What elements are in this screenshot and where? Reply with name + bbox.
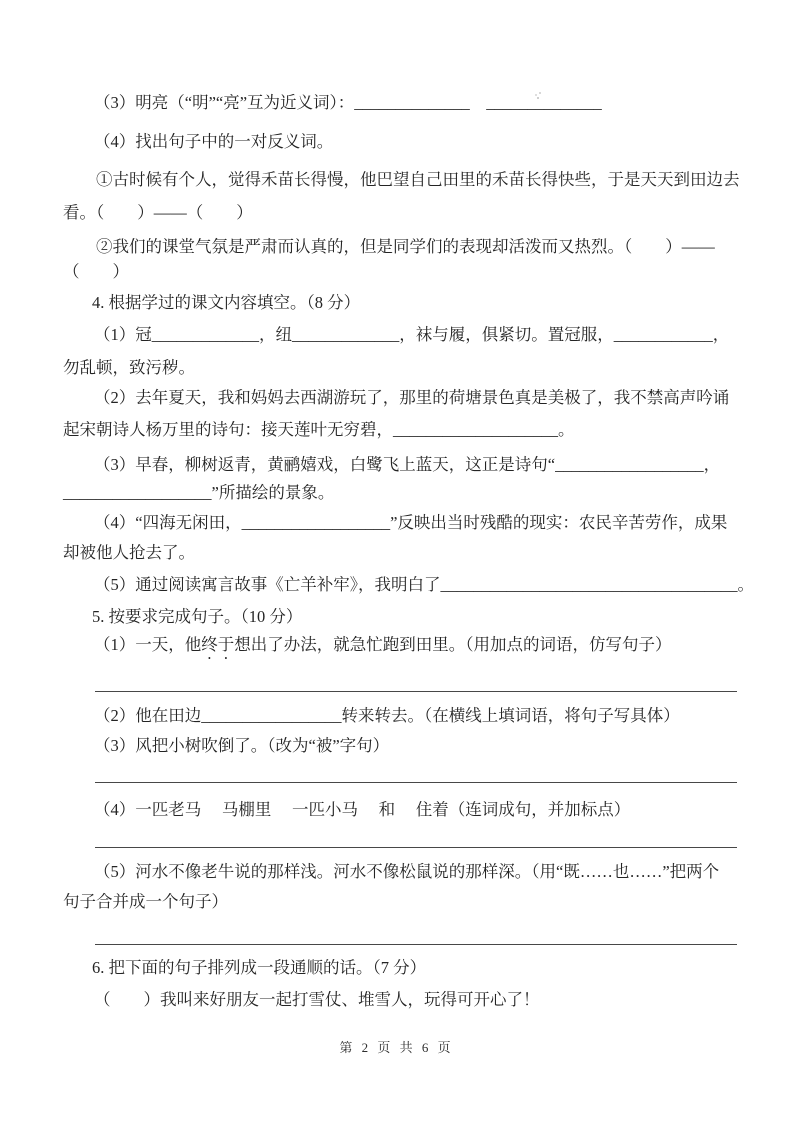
line-s4-item4-cont: 却被他人抢去了。 xyxy=(63,541,195,565)
s5-item1-emphasized-word: 终于 xyxy=(201,635,234,654)
s5-item1-post: 想出了办法，就急忙跑到田里。（用加点的词语，仿写句子） xyxy=(234,635,671,654)
line-q4-antonym-prompt: （4）找出句子中的一对反义词。 xyxy=(94,130,333,154)
line-q3-synonym-blanks: （3）明亮（“明”“亮”互为近义词）：______________ ______… xyxy=(94,91,602,115)
answer-line-1 xyxy=(95,691,737,692)
answer-line-4 xyxy=(95,944,737,945)
line-s4-item3-cont: __________________”所描绘的景象。 xyxy=(63,481,334,505)
line-antonym-sentence-2-cont: （ ） xyxy=(63,260,129,284)
line-s4-item5: （5）通过阅读寓言故事《亡羊补牢》，我明白了__________________… xyxy=(94,573,754,597)
line-antonym-sentence-1-cont: 看。（ ）——（ ） xyxy=(63,201,253,225)
line-s5-item5-cont: 句子合并成一个句子） xyxy=(63,890,228,914)
section-6-heading: 6. 把下面的句子排列成一段通顺的话。（7 分） xyxy=(92,956,426,980)
line-s4-item1-cont: 勿乱顿，致污秽。 xyxy=(63,356,195,380)
answer-line-3 xyxy=(95,847,737,848)
line-s5-item3: （3）风把小树吹倒了。（改为“被”字句） xyxy=(94,734,389,758)
line-antonym-sentence-1: ①古时候有个人，觉得禾苗长得慢，他巴望自己田里的禾苗长得快些，于是天天到田边去 xyxy=(96,168,740,192)
section-4-heading: 4. 根据学过的课文内容填空。（8 分） xyxy=(92,291,360,315)
line-s5-item5: （5）河水不像老牛说的那样浅。河水不像松鼠说的那样深。（用“既……也……”把两个 xyxy=(94,860,719,884)
section-5-heading: 5. 按要求完成句子。（10 分） xyxy=(92,605,302,629)
page-number-footer: 第 2 页 共 6 页 xyxy=(0,1037,793,1056)
line-antonym-sentence-2: ②我们的课堂气氛是严肃而认真的，但是同学们的表现却活泼而又热烈。（ ）—— xyxy=(96,235,715,259)
line-s4-item2-cont: 起宋朝诗人杨万里的诗句：接天莲叶无穷碧，____________________… xyxy=(63,418,575,442)
line-s5-item4: （4）一匹老马 马棚里 一匹小马 和 住着（连词成句，并加标点） xyxy=(94,798,630,822)
line-s4-item4: （4）“四海无闲田，__________________”反映出当时残酷的现实：… xyxy=(94,511,727,535)
line-s4-item1: （1）冠_____________，纽_____________，袜与履，俱紧切… xyxy=(94,323,729,347)
line-s6-item1: （ ）我叫来好朋友一起打雪仗、堆雪人，玩得可开心了！ xyxy=(94,988,540,1012)
line-s5-item1: （1）一天，他终于想出了办法，就急忙跑到田里。（用加点的词语，仿写句子） xyxy=(94,633,672,663)
answer-line-2 xyxy=(95,782,737,783)
line-s5-item2: （2）他在田边_________________转来转去。（在横线上填词语，将句… xyxy=(94,704,680,728)
s5-item1-pre: （1）一天，他 xyxy=(94,635,201,654)
line-s4-item3: （3）早春，柳树返青，黄鹂嬉戏，白鹭飞上蓝天，这正是诗句“___________… xyxy=(94,453,720,477)
line-s4-item2: （2）去年夏天，我和妈妈去西湖游玩了，那里的荷塘景色真是美极了，我不禁高声吟诵 xyxy=(94,386,729,410)
exam-page: （3）明亮（“明”“亮”互为近义词）：______________ ______… xyxy=(0,0,793,1122)
